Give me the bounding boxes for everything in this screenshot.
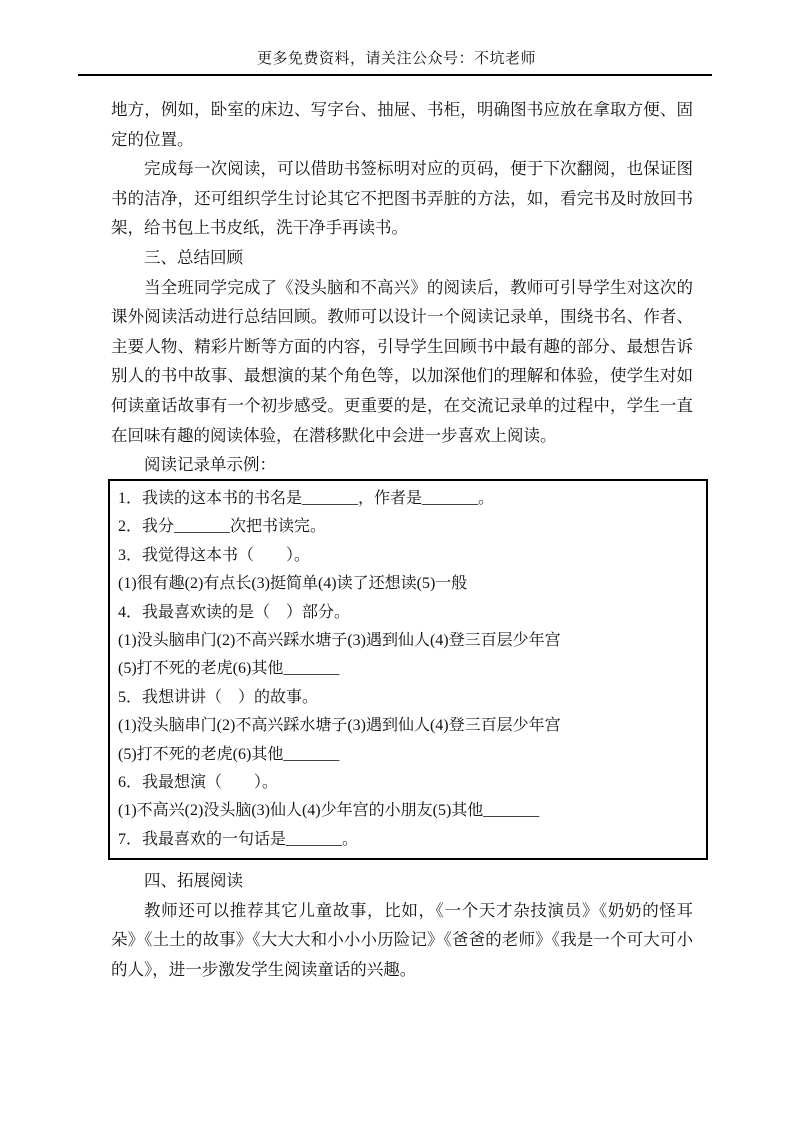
form-line: (1)没头脑串门(2)不高兴踩水塘子(3)遇到仙人(4)登三百层少年宫: [118, 712, 700, 740]
form-line: (5)打不死的老虎(6)其他_______: [118, 655, 700, 683]
bottom-text-block: 四、拓展阅读 教师还可以推荐其它儿童故事，比如，《一个天才杂技演员》《奶奶的怪耳…: [111, 866, 693, 984]
form-line: (5)打不死的老虎(6)其他_______: [118, 741, 700, 769]
form-line: 5．我想讲讲（ ）的故事。: [118, 684, 700, 712]
reading-record-form: 1．我读的这本书的书名是_______，作者是_______。2．我分_____…: [108, 479, 708, 860]
form-line: 4．我最喜欢读的是（ ）部分。: [118, 599, 700, 627]
form-line: (1)很有趣(2)有点长(3)挺简单(4)读了还想读(5)一般: [118, 570, 700, 598]
form-line: (1)没头脑串门(2)不高兴踩水塘子(3)遇到仙人(4)登三百层少年宫: [118, 627, 700, 655]
paragraph-storage-location: 地方，例如，卧室的床边、写字台、抽屉、书柜，明确图书应放在拿取方便、固定的位置。: [111, 95, 693, 154]
form-line: 2．我分_______次把书读完。: [118, 513, 700, 541]
paragraph-recommended-books: 教师还可以推荐其它儿童故事，比如，《一个天才杂技演员》《奶奶的怪耳朵》《土土的故…: [111, 896, 693, 985]
header-divider: [78, 74, 712, 76]
paragraph-summary-review: 当全班同学完成了《没头脑和不高兴》的阅读后，教师可引导学生对这次的课外阅读活动进…: [111, 273, 693, 451]
paragraph-bookmark-tips: 完成每一次阅读，可以借助书签标明对应的页码，便于下次翻阅，也保证图书的洁净，还可…: [111, 154, 693, 243]
document-page: 更多免费资料，请关注公众号：不坑老师 地方，例如，卧室的床边、写字台、抽屉、书柜…: [0, 0, 793, 1122]
form-line: 1．我读的这本书的书名是_______，作者是_______。: [118, 485, 700, 513]
form-line: 3．我觉得这本书（ ）。: [118, 542, 700, 570]
form-line: 7．我最喜欢的一句话是_______。: [118, 826, 700, 854]
section-heading-summary: 三、总结回顾: [111, 243, 693, 273]
form-line: 6．我最想演（ ）。: [118, 769, 700, 797]
record-form-intro: 阅读记录单示例：: [111, 450, 693, 480]
body-text-block: 地方，例如，卧室的床边、写字台、抽屉、书柜，明确图书应放在拿取方便、固定的位置。…: [111, 95, 693, 480]
section-heading-extended-reading: 四、拓展阅读: [111, 866, 693, 896]
header-notice: 更多免费资料，请关注公众号：不坑老师: [0, 47, 793, 68]
form-line: (1)不高兴(2)没头脑(3)仙人(4)少年宫的小朋友(5)其他_______: [118, 797, 700, 825]
